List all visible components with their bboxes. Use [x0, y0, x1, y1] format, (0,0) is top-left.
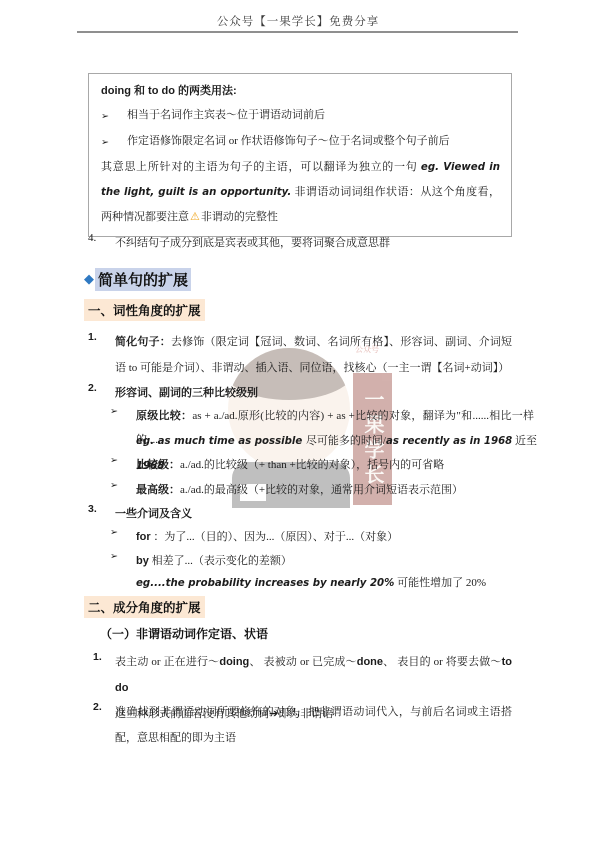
document-page: { "header": { "title": "公众号【一果学长】免费分享" }…	[0, 0, 596, 842]
run-bold: done	[357, 656, 383, 668]
arrow-bullet-icon: ➢	[110, 404, 136, 417]
box-bullet-text: 作定语修饰限定名词 or 作状语修饰句子～位于名词或整个句子前后	[127, 129, 500, 153]
bullet-for: ➢ for ：为了...（目的）、因为...（原因）、对于...（对象）	[110, 525, 534, 549]
bullet-label: for	[136, 531, 151, 543]
item-label: 简化句子：	[115, 336, 171, 348]
main-heading-text: 简单句的扩展	[95, 268, 191, 291]
example-english: eg....the probability increases by nearl…	[136, 578, 394, 589]
run: 、 表被动 or 已完成～	[249, 656, 356, 668]
arrow-bullet-icon: ➢	[110, 453, 136, 466]
sec1-item-2: 2. 形容词、副词的三种比较级别	[88, 380, 512, 406]
bullet-text: 比较级：a./ad.的比较级（+ than +比较的对象），括号内的可省略	[136, 453, 534, 477]
item-number: 2.	[88, 380, 115, 394]
main-heading: ◆ 简单句的扩展	[84, 268, 191, 291]
arrow-bullet-icon: ➢	[110, 478, 136, 491]
bullet-label: 比较级：	[136, 459, 180, 471]
bullet-body: a./ad.的比较级（+ than +比较的对象），括号内的可省略	[180, 459, 444, 471]
example-line: eg....the probability increases by nearl…	[136, 571, 560, 596]
sec2-item-2: 2. 准确找到非谓语动词所要修饰的对象，把非谓语动词代入，与前后名词或主语搭配，…	[93, 699, 512, 751]
bullet-body: ：为了...（目的）、因为...（原因）、对于...（对象）	[151, 531, 399, 543]
item-text: 不纠结句子成分到底是宾表或其他，要将词聚合成意思群	[115, 230, 512, 256]
paragraph-run: 其意思上所针对的主语为句子的主语，可以翻译为独立的一句	[101, 161, 421, 173]
section1-heading: 一、词性角度的扩展	[84, 299, 205, 321]
item-text: 简化句子：去修饰（限定词【冠词、数词、名词所有格】、形容词、副词、介词短语 to…	[115, 329, 512, 381]
arrow-bullet-icon: ➢	[110, 525, 136, 538]
box-bullet-row: ➢ 作定语修饰限定名词 or 作状语修饰句子～位于名词或整个句子前后	[101, 129, 500, 155]
bullet-label: 原级比较：	[136, 410, 192, 422]
example-chinese: 近至	[512, 435, 537, 447]
example-english: eg. as much time as possible	[136, 436, 306, 447]
warning-icon: ⚠	[189, 211, 201, 223]
run-bold: doing	[219, 656, 249, 668]
section2-heading: 二、成分角度的扩展	[84, 596, 205, 618]
item-number: 4.	[88, 230, 115, 244]
item-label: 一些介词及含义	[115, 501, 512, 527]
item-number: 2.	[93, 699, 115, 713]
bullet-by: ➢ by 相差了...（表示变化的差额）	[110, 549, 534, 573]
usage-note-box: doing 和 to do 的两类用法: ➢ 相当于名词作主宾表～位于谓语动词前…	[88, 73, 512, 237]
example-english: as recently as in 1968	[386, 436, 512, 447]
sec1-item-3: 3. 一些介词及含义	[88, 501, 512, 527]
box-bullet-row: ➢ 相当于名词作主宾表～位于谓语动词前后	[101, 103, 500, 129]
diamond-bullet-icon: ◆	[84, 272, 94, 287]
bullet-text: by 相差了...（表示变化的差额）	[136, 549, 534, 573]
list-item-4: 4. 不纠结句子成分到底是宾表或其他，要将词聚合成意思群	[88, 230, 512, 256]
run: 表主动 or 正在进行～	[115, 656, 219, 668]
item-body: 去修饰（限定词【冠词、数词、名词所有格】、形容词、副词、介词短语 to 可能是介…	[115, 336, 512, 374]
item-text: 准确找到非谓语动词所要修饰的对象，把非谓语动词代入，与前后名词或主语搭配，意思相…	[115, 699, 512, 751]
bullet-label: by	[136, 555, 149, 567]
item-label: 形容词、副词的三种比较级别	[115, 380, 512, 406]
header-divider	[77, 31, 518, 33]
box-paragraph: 其意思上所针对的主语为句子的主语，可以翻译为独立的一句 eg. Viewed i…	[101, 155, 500, 229]
box-bullet-text: 相当于名词作主宾表～位于谓语动词前后	[127, 103, 500, 127]
bullet-text: for ：为了...（目的）、因为...（原因）、对于...（对象）	[136, 525, 534, 549]
bullet-superlative: ➢ 最高级：a./ad.的最高级（+比较的对象，通常用介词短语表示范围）	[110, 478, 534, 502]
run: 、 表目的 or 将要去做～	[383, 656, 502, 668]
page-header-title: 公众号【一果学长】免费分享	[0, 13, 596, 29]
arrow-bullet-icon: ➢	[110, 549, 136, 562]
example-chinese: 可能性增加了 20%	[394, 577, 486, 589]
bullet-text: 最高级：a./ad.的最高级（+比较的对象，通常用介词短语表示范围）	[136, 478, 534, 502]
item-number: 1.	[88, 329, 115, 343]
item-number: 3.	[88, 501, 115, 515]
arrow-bullet-icon: ➢	[101, 103, 127, 129]
arrow-bullet-icon: ➢	[101, 129, 127, 155]
item-number: 1.	[93, 649, 115, 663]
example-chinese: 尽可能多的时间/	[306, 435, 386, 447]
bullet-body: 相差了...（表示变化的差额）	[149, 555, 292, 567]
bullet-body: a./ad.的最高级（+比较的对象，通常用介词短语表示范围）	[180, 484, 463, 496]
box-title: doing 和 to do 的两类用法:	[101, 79, 500, 103]
bullet-comparative: ➢ 比较级：a./ad.的比较级（+ than +比较的对象），括号内的可省略	[110, 453, 534, 477]
bullet-label: 最高级：	[136, 484, 180, 496]
paragraph-run: 非谓动的完整性	[201, 211, 278, 223]
subsection-heading: （一）非谓语动词作定语、状语	[100, 625, 268, 642]
sec1-item-1: 1. 简化句子：去修饰（限定词【冠词、数词、名词所有格】、形容词、副词、介词短语…	[88, 329, 512, 381]
